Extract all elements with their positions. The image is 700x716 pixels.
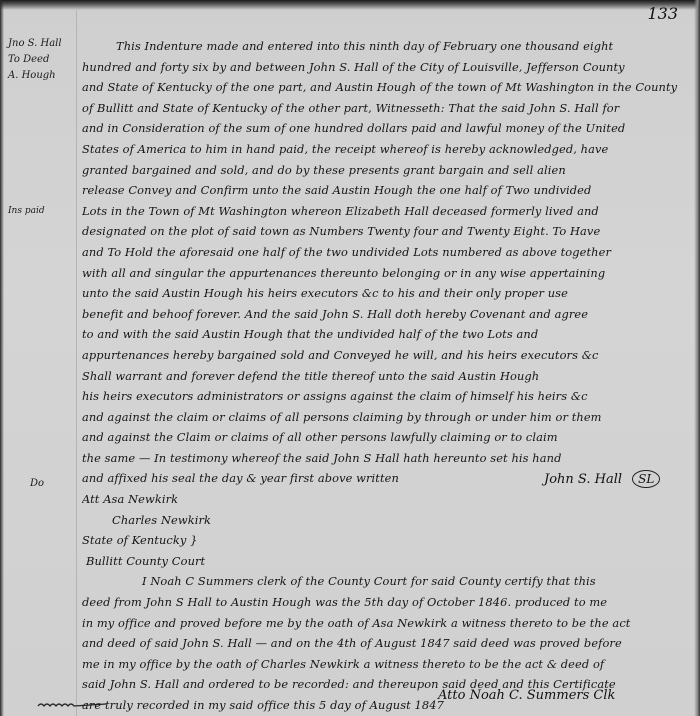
margin-note-grantor: Jno S. Hall xyxy=(8,36,72,52)
deed-line: Lots in the Town of Mt Washington whereo… xyxy=(82,201,686,222)
seal-icon: SL xyxy=(632,470,660,488)
deed-line: States of America to him in hand paid, t… xyxy=(82,139,686,160)
scan-top-shadow xyxy=(0,0,700,10)
deed-line: unto the said Austin Hough his heirs exe… xyxy=(82,283,686,304)
deed-line: benefit and behoof forever. And the said… xyxy=(82,304,686,325)
grantor-signature: John S. Hall SL xyxy=(544,470,660,488)
deed-record-page: 133 Jno S. Hall To Deed A. Hough Ins pai… xyxy=(0,0,700,716)
deed-line: appurtenances hereby bargained sold and … xyxy=(82,345,686,366)
deed-line: and in Consideration of the sum of one h… xyxy=(82,118,686,139)
deed-line: the same — In testimony whereof the said… xyxy=(82,448,686,469)
deed-line: granted bargained and sold, and do by th… xyxy=(82,160,686,181)
deed-line: hundred and forty six by and between Joh… xyxy=(82,57,686,78)
page-binding-edge xyxy=(694,0,700,716)
clerk-signature: Atto Noah C. Summers Clk xyxy=(438,688,615,703)
margin-note-type: To Deed xyxy=(8,52,72,68)
deed-line: release Convey and Confirm unto the said… xyxy=(82,180,686,201)
scan-left-shadow xyxy=(0,0,4,716)
page-number: 133 xyxy=(647,4,678,23)
closing-flourish-icon xyxy=(36,700,108,710)
certificate-line: I Noah C Summers clerk of the County Cou… xyxy=(82,571,686,592)
certificate-state: State of Kentucky } xyxy=(82,530,686,551)
deed-line: Shall warrant and forever defend the tit… xyxy=(82,366,686,387)
deed-line: and State of Kentucky of the one part, a… xyxy=(82,77,686,98)
certificate-line: in my office and proved before me by the… xyxy=(82,613,686,634)
certificate-line: deed from John S Hall to Austin Hough wa… xyxy=(82,592,686,613)
margin-note-fee: Ins paid xyxy=(8,203,72,219)
grantor-signature-name: John S. Hall xyxy=(544,472,622,487)
margin-note-heading: Jno S. Hall To Deed A. Hough xyxy=(8,36,72,84)
certificate-county: Bullitt County Court xyxy=(82,551,686,572)
deed-line: with all and singular the appurtenances … xyxy=(82,263,686,284)
certificate-line: and deed of said John S. Hall — and on t… xyxy=(82,633,686,654)
deed-line: to and with the said Austin Hough that t… xyxy=(82,324,686,345)
deed-line: designated on the plot of said town as N… xyxy=(82,221,686,242)
deed-line: of Bullitt and State of Kentucky of the … xyxy=(82,98,686,119)
deed-line: his heirs executors administrators or as… xyxy=(82,386,686,407)
deed-line: and against the Claim or claims of all o… xyxy=(82,427,686,448)
attestation-witness-1: Att Asa Newkirk xyxy=(82,489,686,510)
deed-line: This Indenture made and entered into thi… xyxy=(82,36,686,57)
deed-line: and To Hold the aforesaid one half of th… xyxy=(82,242,686,263)
certificate-line: me in my office by the oath of Charles N… xyxy=(82,654,686,675)
deed-line: and against the claim or claims of all p… xyxy=(82,407,686,428)
attestation-witness-2: Charles Newkirk xyxy=(82,510,686,531)
deed-body: This Indenture made and entered into thi… xyxy=(82,36,686,716)
margin-rule-line xyxy=(76,10,77,716)
margin-note-grantee: A. Hough xyxy=(8,68,72,84)
